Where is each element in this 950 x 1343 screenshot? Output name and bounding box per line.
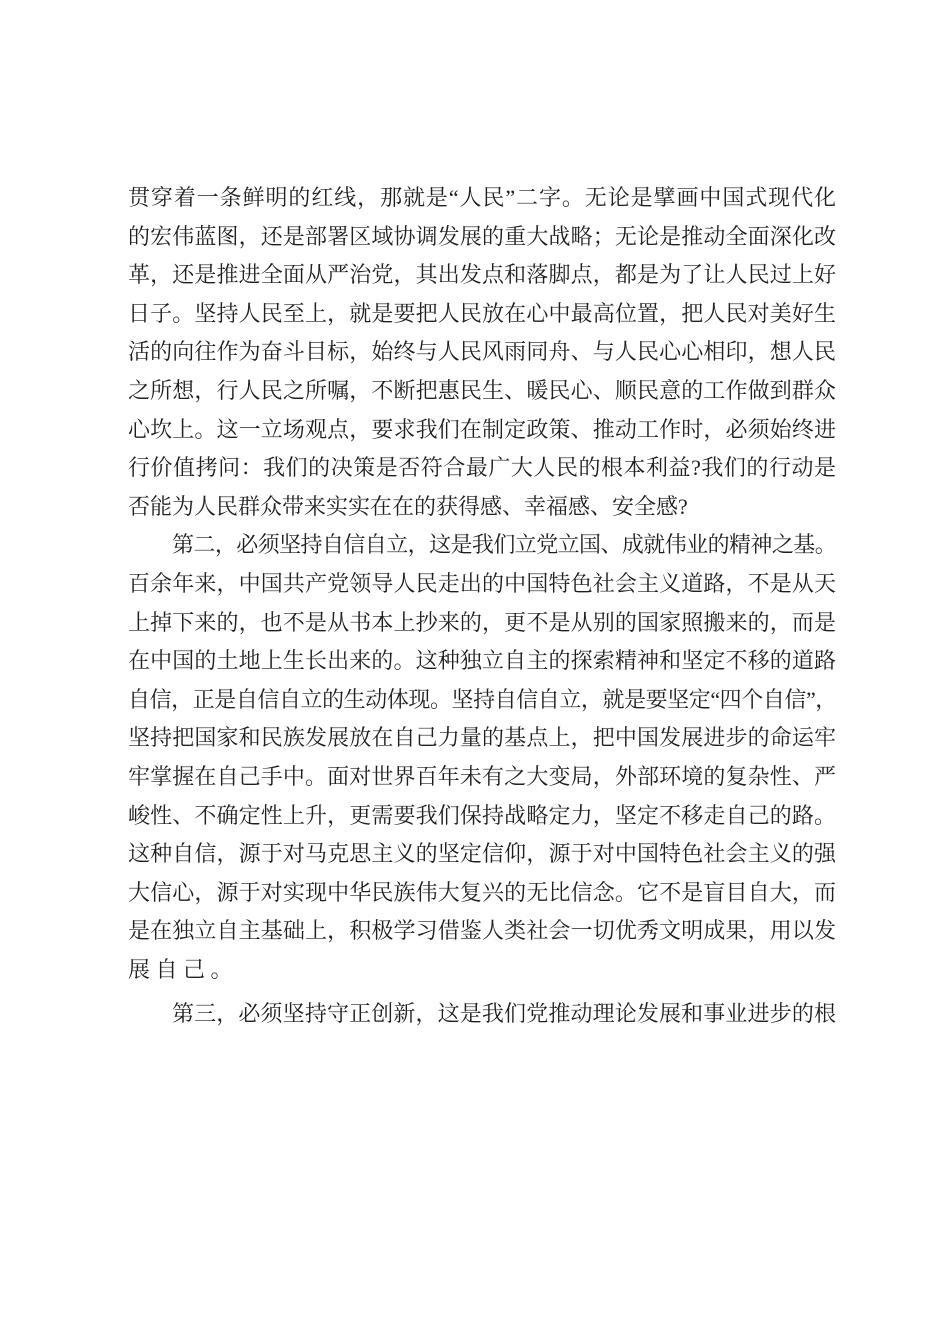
text-line: 否能为人民群众带来实实在在的获得感、幸福感、安全感? [128, 488, 836, 527]
text-line: 第二，必须坚持自信自立，这是我们立党立国、成就伟业的精神之基。 [128, 526, 836, 565]
text-line: 展 自 己 。 [128, 951, 836, 990]
paragraph-1: 贯穿着一条鲜明的红线，那就是“人民”二字。无论是擘画中国式现代化 的宏伟蓝图，还… [128, 179, 836, 526]
text-line: 第三，必须坚持守正创新，这是我们党推动理论发展和事业进步的根 [128, 995, 836, 1034]
text-line: 上掉下来的，也不是从书本上抄来的，更不是从别的国家照搬来的，而是 [128, 604, 836, 643]
text-line: 活的向往作为奋斗目标，始终与人民风雨同舟、与人民心心相印，想人民 [128, 333, 836, 372]
text-line: 牢掌握在自己手中。面对世界百年未有之大变局，外部环境的复杂性、严 [128, 758, 836, 797]
text-line: 的宏伟蓝图，还是部署区域协调发展的重大战略；无论是推动全面深化改 [128, 218, 836, 257]
text-line: 贯穿着一条鲜明的红线，那就是“人民”二字。无论是擘画中国式现代化 [128, 179, 836, 218]
paragraph-2: 第二，必须坚持自信自立，这是我们立党立国、成就伟业的精神之基。 百余年来，中国共… [128, 526, 836, 989]
text-line: 峻性、不确定性上升，更需要我们保持战略定力，坚定不移走自己的路。 [128, 797, 836, 836]
text-line: 是在独立自主基础上，积极学习借鉴人类社会一切优秀文明成果，用以发 [128, 912, 836, 951]
text-line: 大信心，源于对实现中华民族伟大复兴的无比信念。它不是盲目自大，而 [128, 874, 836, 913]
text-line: 日子。坚持人民至上，就是要把人民放在心中最高位置，把人民对美好生 [128, 295, 836, 334]
text-line: 革，还是推进全面从严治党，其出发点和落脚点，都是为了让人民过上好 [128, 256, 836, 295]
text-line: 这种自信，源于对马克思主义的坚定信仰，源于对中国特色社会主义的强 [128, 835, 836, 874]
document-page: 贯穿着一条鲜明的红线，那就是“人民”二字。无论是擘画中国式现代化 的宏伟蓝图，还… [0, 0, 950, 1343]
paragraph-3: 第三，必须坚持守正创新，这是我们党推动理论发展和事业进步的根 [128, 995, 836, 1034]
text-line: 心坎上。这一立场观点，要求我们在制定政策、推动工作时，必须始终进 [128, 411, 836, 450]
text-line: 百余年来，中国共产党领导人民走出的中国特色社会主义道路，不是从天 [128, 565, 836, 604]
text-line: 在中国的土地上生长出来的。这种独立自主的探索精神和坚定不移的道路 [128, 642, 836, 681]
document-content: 贯穿着一条鲜明的红线，那就是“人民”二字。无论是擘画中国式现代化 的宏伟蓝图，还… [128, 179, 836, 1034]
text-line: 之所想，行人民之所嘱，不断把惠民生、暖民心、顺民意的工作做到群众 [128, 372, 836, 411]
text-line: 坚持把国家和民族发展放在自己力量的基点上，把中国发展进步的命运牢 [128, 719, 836, 758]
text-line: 自信，正是自信自立的生动体现。坚持自信自立，就是要坚定“四个自信”， [128, 681, 836, 720]
text-line: 行价值拷问：我们的决策是否符合最广大人民的根本利益?我们的行动是 [128, 449, 836, 488]
